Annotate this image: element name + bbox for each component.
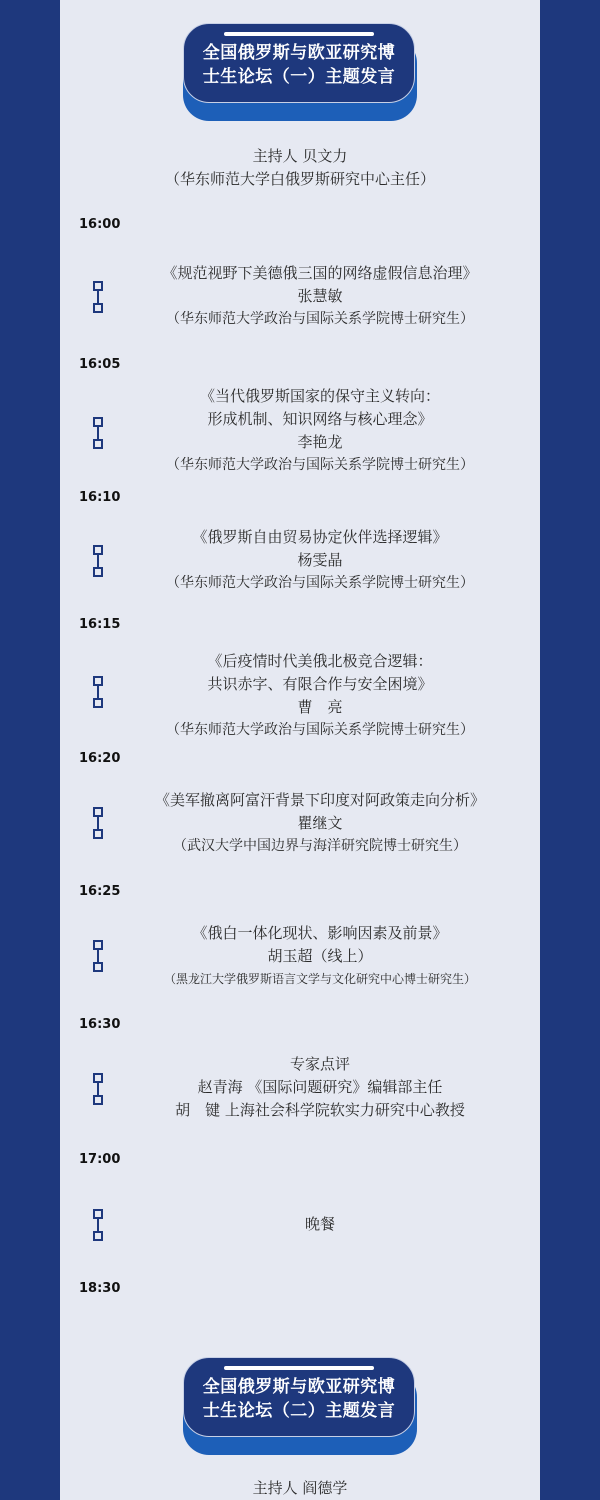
heading-box: 全国俄罗斯与欧亚研究博 士生论坛（二）主题发言 (183, 1357, 415, 1437)
agenda-item: 《当代俄罗斯国家的保守主义转向： 形成机制、知识网络与核心理念》 李艳龙 （华东… (100, 385, 540, 477)
heading-title: 全国俄罗斯与欧亚研究博 士生论坛（一）主题发言 (184, 41, 414, 89)
time-label: 16:30 (79, 1017, 120, 1032)
heading-bar (224, 32, 374, 36)
time-label: 16:15 (79, 617, 120, 632)
time-label: 16:20 (79, 751, 120, 766)
agenda-item: 《后疫情时代美俄北极竞合逻辑： 共识赤字、有限合作与安全困境》 曹 亮 （华东师… (100, 650, 540, 742)
section1-host: 主持人 贝文力 （华东师范大学白俄罗斯研究中心主任） (60, 145, 540, 191)
time-label: 17:00 (79, 1152, 120, 1167)
heading-bar (224, 1366, 374, 1370)
agenda-item: 《规范视野下美德俄三国的网络虚假信息治理》 张慧敏 （华东师范大学政治与国际关系… (100, 262, 540, 331)
agenda-item: 专家点评 赵青海 《国际问题研究》编辑部主任 胡 键 上海社会科学院软实力研究中… (100, 1053, 540, 1122)
time-label: 16:05 (79, 357, 120, 372)
time-label: 16:10 (79, 490, 120, 505)
page: 全国俄罗斯与欧亚研究博 士生论坛（一）主题发言 主持人 贝文力 （华东师范大学白… (0, 0, 600, 1500)
content-panel: 全国俄罗斯与欧亚研究博 士生论坛（一）主题发言 主持人 贝文力 （华东师范大学白… (60, 0, 540, 1500)
time-label: 16:25 (79, 884, 120, 899)
section1-heading: 全国俄罗斯与欧亚研究博 士生论坛（一）主题发言 (183, 23, 417, 103)
agenda-item: 晚餐 (100, 1213, 540, 1236)
time-label: 18:30 (79, 1281, 120, 1296)
agenda-item: 《美军撤离阿富汗背景下印度对阿政策走向分析》 瞿继文 （武汉大学中国边界与海洋研… (100, 789, 540, 858)
section2-heading: 全国俄罗斯与欧亚研究博 士生论坛（二）主题发言 (183, 1357, 417, 1437)
time-label: 16:00 (79, 217, 120, 232)
agenda-item: 《俄白一体化现状、影响因素及前景》 胡玉超（线上） （黑龙江大学俄罗斯语言文学与… (100, 922, 540, 991)
heading-box: 全国俄罗斯与欧亚研究博 士生论坛（一）主题发言 (183, 23, 415, 103)
heading-title: 全国俄罗斯与欧亚研究博 士生论坛（二）主题发言 (184, 1375, 414, 1423)
agenda-item: 《俄罗斯自由贸易协定伙伴选择逻辑》 杨雯晶 （华东师范大学政治与国际关系学院博士… (100, 526, 540, 595)
section2-host: 主持人 阎德学 (60, 1477, 540, 1500)
